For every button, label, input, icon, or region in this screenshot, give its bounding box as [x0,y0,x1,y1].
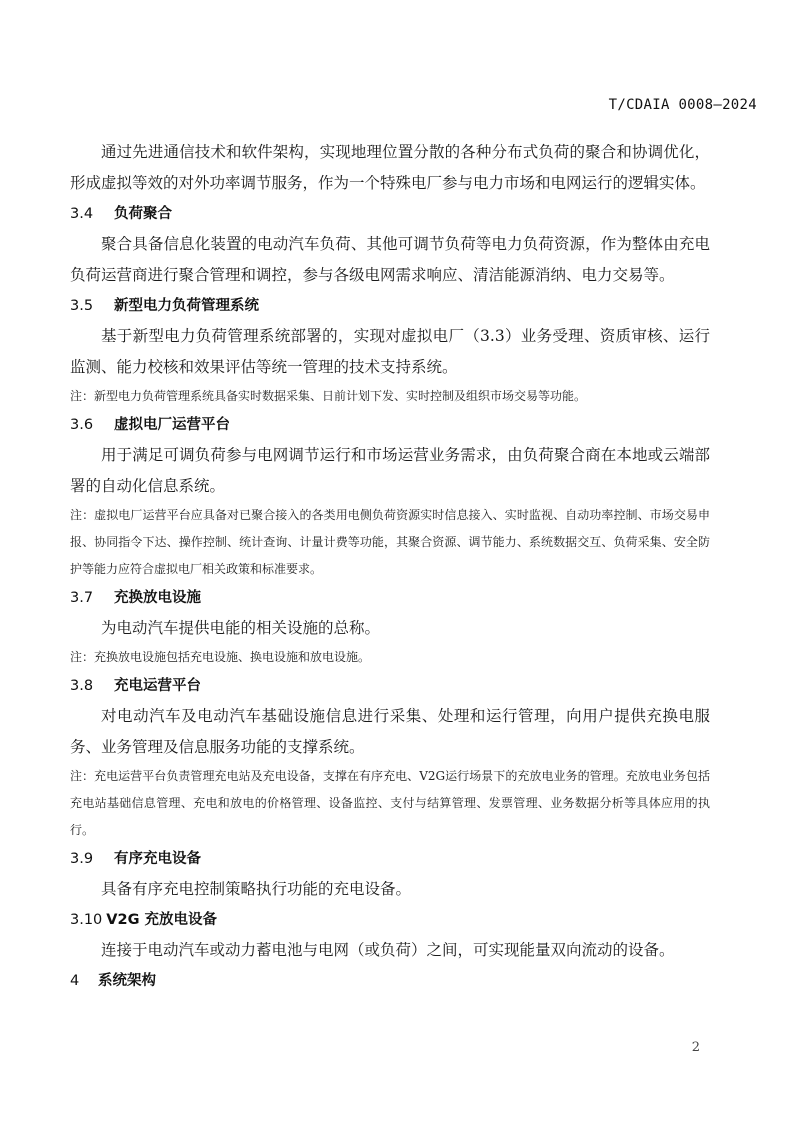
section-paragraph: 聚合具备信息化装置的电动汽车负荷、其他可调节负荷等电力负荷资源，作为整体由充电负… [70,229,710,291]
section-heading: 3.7充换放电设施 [70,583,710,613]
section-number: 3.6 [70,410,114,440]
document-page: T/CDAIA 0008—2024 通过先进通信技术和软件架构，实现地理位置分散… [0,0,800,1131]
section-paragraph: 具备有序充电控制策略执行功能的充电设备。 [70,874,710,905]
section-paragraph: 基于新型电力负荷管理系统部署的，实现对虚拟电厂（3.3）业务受理、资质审核、运行… [70,321,710,383]
section-paragraph: 为电动汽车提供电能的相关设施的总称。 [70,613,710,644]
section-3-4: 3.4负荷聚合 聚合具备信息化装置的电动汽车负荷、其他可调节负荷等电力负荷资源，… [70,199,710,291]
section-paragraph: 连接于电动汽车或动力蓄电池与电网（或负荷）之间，可实现能量双向流动的设备。 [70,935,710,966]
section-3-10: 3.10V2G 充放电设备 连接于电动汽车或动力蓄电池与电网（或负荷）之间，可实… [70,905,710,966]
section-paragraph: 对电动汽车及电动汽车基础设施信息进行采集、处理和运行管理，向用户提供充换电服务、… [70,701,710,763]
chapter-heading: 4系统架构 [70,966,710,996]
intro-paragraph: 通过先进通信技术和软件架构，实现地理位置分散的各种分布式负荷的聚合和协调优化，形… [70,137,710,199]
section-title: 有序充电设备 [114,851,201,867]
section-heading: 3.9有序充电设备 [70,844,710,874]
section-number: 3.8 [70,671,114,701]
section-3-7: 3.7充换放电设施 为电动汽车提供电能的相关设施的总称。 注：充换放电设施包括充… [70,583,710,671]
section-3-8: 3.8充电运营平台 对电动汽车及电动汽车基础设施信息进行采集、处理和运行管理，向… [70,671,710,844]
section-note: 注：虚拟电厂运营平台应具备对已聚合接入的各类用电侧负荷资源实时信息接入、实时监视… [70,502,710,583]
section-title: 充电运营平台 [114,678,201,694]
document-code: T/CDAIA 0008—2024 [609,97,757,113]
section-3-9: 3.9有序充电设备 具备有序充电控制策略执行功能的充电设备。 [70,844,710,905]
section-heading: 3.8充电运营平台 [70,671,710,701]
section-heading: 3.5新型电力负荷管理系统 [70,291,710,321]
section-title: 新型电力负荷管理系统 [114,298,259,314]
chapter-4: 4系统架构 [70,966,710,996]
section-number: 3.7 [70,583,114,613]
section-title: 充换放电设施 [114,590,201,606]
chapter-number: 4 [70,966,98,996]
section-title: V2G 充放电设备 [106,912,217,928]
section-number: 3.10 [70,905,102,935]
page-content: 通过先进通信技术和软件架构，实现地理位置分散的各种分布式负荷的聚合和协调优化，形… [70,137,710,996]
section-3-5: 3.5新型电力负荷管理系统 基于新型电力负荷管理系统部署的，实现对虚拟电厂（3.… [70,291,710,410]
page-number: 2 [692,1040,700,1055]
section-note: 注：充换放电设施包括充电设施、换电设施和放电设施。 [70,644,710,671]
chapter-title: 系统架构 [98,973,156,989]
section-heading: 3.10V2G 充放电设备 [70,905,710,935]
section-heading: 3.4负荷聚合 [70,199,710,229]
section-heading: 3.6虚拟电厂运营平台 [70,410,710,440]
section-number: 3.5 [70,291,114,321]
section-title: 虚拟电厂运营平台 [114,417,230,433]
section-number: 3.4 [70,199,114,229]
section-title: 负荷聚合 [114,206,172,222]
section-note: 注：充电运营平台负责管理充电站及充电设备，支撑在有序充电、V2G运行场景下的充放… [70,763,710,844]
section-paragraph: 用于满足可调负荷参与电网调节运行和市场运营业务需求，由负荷聚合商在本地或云端部署… [70,440,710,502]
section-note: 注：新型电力负荷管理系统具备实时数据采集、日前计划下发、实时控制及组织市场交易等… [70,383,710,410]
section-3-6: 3.6虚拟电厂运营平台 用于满足可调负荷参与电网调节运行和市场运营业务需求，由负… [70,410,710,583]
section-number: 3.9 [70,844,114,874]
